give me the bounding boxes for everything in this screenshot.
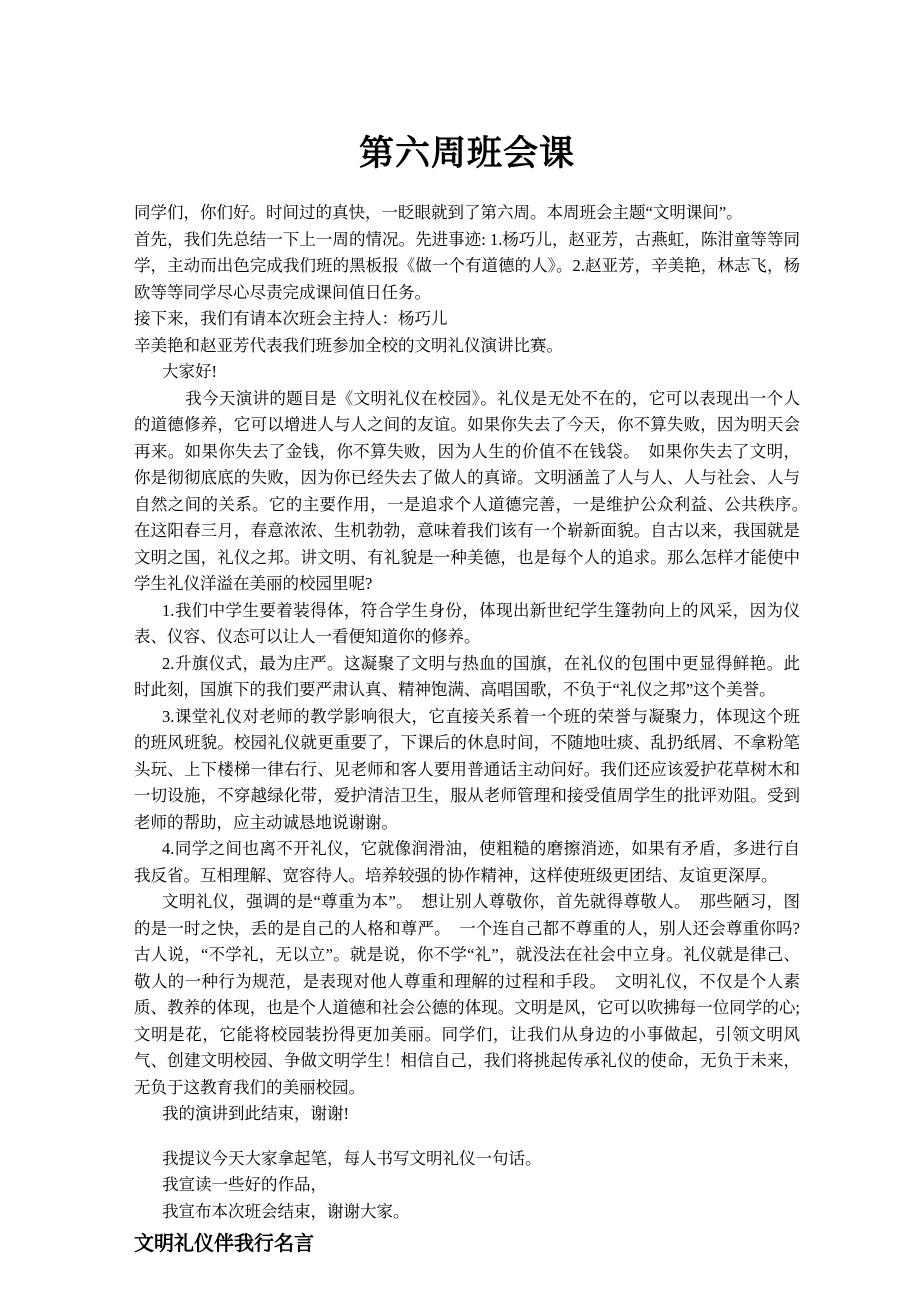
document-content: 第六周班会课 同学们，你们好。时间过的真快，一眨眼就到了第六周。本周班会主题“文…: [0, 0, 920, 1259]
activity-line-2: 我宣读一些好的作品，: [134, 1172, 800, 1199]
speech-point-4: 4.同学之间也离不开礼仪，它就像润滑油，使粗糙的磨擦消迹，如果有矛盾，多进行自我…: [134, 836, 800, 889]
famous-quotes-heading: 文明礼仪伴我行名言: [134, 1229, 800, 1259]
speech-point-1: 1.我们中学生要着装得体，符合学生身份，体现出新世纪学生篷勃向上的风采，因为仪表…: [134, 598, 800, 651]
speech-point-3: 3.课堂礼仪对老师的教学影响很大，它直接关系着一个班的荣誉与凝聚力，体现这个班的…: [134, 704, 800, 837]
contest-intro-line: 辛美艳和赵亚芳代表我们班参加全校的文明礼仪演讲比赛。: [134, 333, 800, 360]
blank-line: [134, 1128, 800, 1146]
speech-end-line: 我的演讲到此结束，谢谢!: [134, 1101, 800, 1128]
activity-line-1: 我提议今天大家拿起笔，每人书写文明礼仪一句话。: [134, 1146, 800, 1173]
speech-closing-paragraph: 文明礼仪，强调的是“尊重为本”。 想让别人尊敬你，首先就得尊敬人。 那些陋习，图…: [134, 889, 800, 1101]
host-intro-line: 接下来，我们有请本次班会主持人：杨巧儿: [134, 306, 800, 333]
greeting-line: 同学们，你们好。时间过的真快，一眨眼就到了第六周。本周班会主题“文明课间”。: [134, 200, 800, 227]
speech-point-2: 2.升旗仪式，最为庄严。这凝聚了文明与热血的国旗，在礼仪的包围中更显得鲜艳。此时…: [134, 651, 800, 704]
week-summary-paragraph: 首先，我们先总结一下上一周的情况。先进事迹: 1.杨巧儿，赵亚芳，古燕虹，陈泔童…: [134, 227, 800, 307]
speech-greeting: 大家好!: [134, 359, 800, 386]
page-title: 第六周班会课: [134, 132, 800, 176]
closing-line: 我宣布本次班会结束，谢谢大家。: [134, 1199, 800, 1226]
document-page: 第六周班会课 同学们，你们好。时间过的真快，一眨眼就到了第六周。本周班会主题“文…: [0, 0, 920, 1302]
document-body: 同学们，你们好。时间过的真快，一眨眼就到了第六周。本周班会主题“文明课间”。首先…: [134, 200, 800, 1259]
speech-opening-paragraph: 我今天演讲的题目是《文明礼仪在校园》。礼仪是无处不在的，它可以表现出一个人的道德…: [134, 386, 800, 598]
